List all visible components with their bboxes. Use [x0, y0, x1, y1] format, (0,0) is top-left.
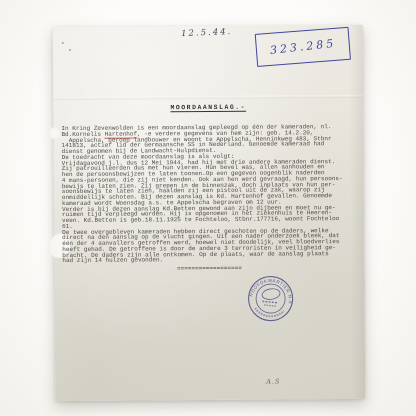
registration-number: 323.285	[269, 37, 337, 57]
nsb-stamp-icon: HOOFDKWARTIER N.S.B.	[241, 269, 300, 328]
paper-damage-blob	[49, 127, 60, 139]
paper-crease	[53, 95, 363, 100]
document-body: In Kring Zevenwolden is een moordaanslag…	[61, 124, 358, 264]
photo-background: 12.5.44. 323.285 MOORDAANSLAG.- In Kring…	[0, 0, 416, 416]
document-paper: 12.5.44. 323.285 MOORDAANSLAG.- In Kring…	[53, 25, 366, 401]
paper-speck	[69, 49, 71, 51]
registration-box: 323.285	[255, 27, 351, 67]
typed-separator: ==================	[54, 264, 364, 273]
paper-speck	[62, 42, 64, 44]
pencil-note: A.S	[266, 378, 280, 386]
handwritten-date: 12.5.44.	[157, 26, 257, 40]
page-title: MOORDAANSLAG.-	[53, 103, 363, 112]
